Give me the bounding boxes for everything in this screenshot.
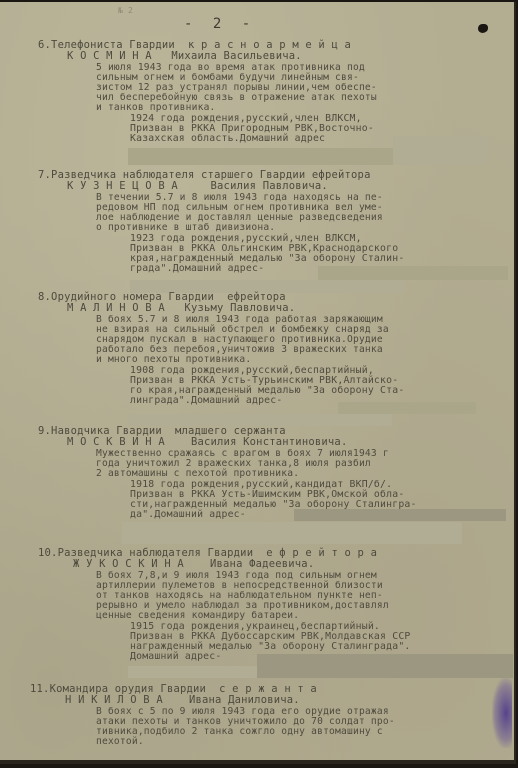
redaction-block bbox=[128, 666, 257, 678]
entry-body-line: ценные сведения командиру батареи. bbox=[96, 611, 299, 621]
entry-name: М А Л И Н О В А Кузьму Павловича. bbox=[54, 303, 295, 314]
page-number: - 2 - bbox=[184, 16, 256, 32]
entry-body-line: 2 автомашины с пехотой противника. bbox=[96, 469, 299, 479]
redaction-block bbox=[318, 266, 508, 280]
entry-bio-line: Домашний адрес- bbox=[130, 652, 221, 662]
redaction-block bbox=[294, 509, 506, 521]
entry-bio-line: да".Домашний адрес- bbox=[130, 510, 246, 520]
entry-body-line: о противнике в штаб дивизиона. bbox=[96, 223, 275, 233]
entry-name: Ж У К О С К И Н А Ивана Фадеевича. bbox=[60, 559, 314, 570]
entry-bio-line: линграда".Домашний адрес- bbox=[130, 396, 282, 406]
paper-tear bbox=[478, 24, 488, 33]
entry-body-line: пехотой. bbox=[96, 737, 144, 747]
page-bottom-edge bbox=[0, 760, 514, 764]
archival-document-page: № 2 - 2 - 6.Телефониста Гвардии к р а с … bbox=[0, 2, 516, 764]
redaction-block bbox=[257, 654, 513, 678]
entry-body-line: и танков противника. bbox=[96, 103, 216, 113]
entry-body-line: и много пехоты противника. bbox=[96, 355, 251, 365]
entry-name: Н И К И Л О В А Ивана Даниловича. bbox=[52, 695, 300, 706]
entry-name: К О С М И Н А Михаила Васильевича. bbox=[54, 51, 302, 62]
redaction-block bbox=[128, 148, 393, 165]
ink-stamp-mark bbox=[492, 678, 512, 748]
faint-header-mark: № 2 bbox=[118, 6, 133, 15]
redaction-block bbox=[338, 402, 476, 414]
entry-name: К У З Н Е Ц О В А Василия Павловича. bbox=[54, 181, 328, 192]
entry-bio-line: Казахская область.Домашний адрес bbox=[130, 134, 325, 144]
entry-bio-line: града".Домашний адрес- bbox=[130, 264, 264, 274]
entry-name: М О С К В И Н А Василия Константиновича. bbox=[54, 437, 347, 448]
redaction-block bbox=[393, 136, 487, 165]
redaction-block bbox=[122, 522, 462, 544]
